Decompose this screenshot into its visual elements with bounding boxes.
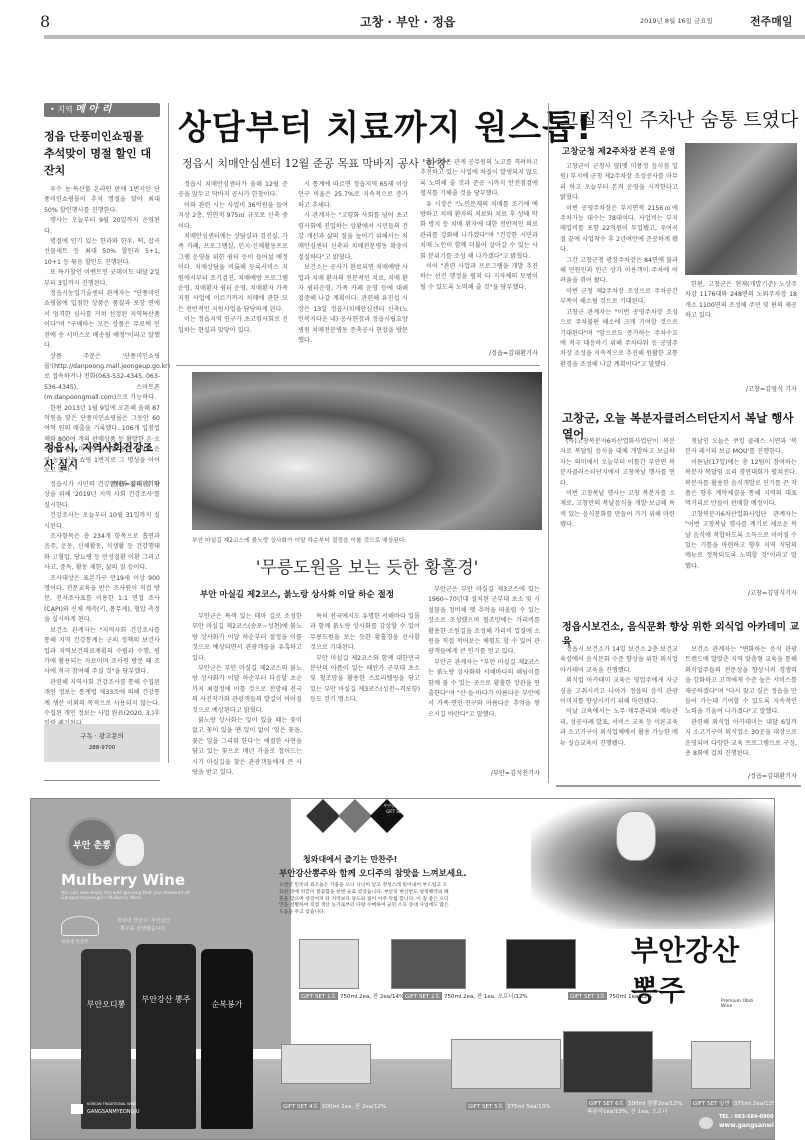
company-emblem-icon — [699, 1117, 713, 1129]
headline-mulberry-path: '무릉도원을 보는 듯한 황홀경' — [192, 553, 542, 578]
bottle-bokbunja: 순복봉가 — [201, 949, 253, 1129]
tag-label: 메 아 리 — [75, 104, 111, 115]
gift-box-general — [691, 1041, 751, 1089]
article-title-line2: 추석맞이 명절 할인 대잔치 — [44, 145, 160, 179]
byline: /부안=김석진기자 — [428, 768, 540, 777]
subscription-contact-box: 구독 · 광고문의 288-9700 — [44, 724, 160, 762]
flower-photo — [192, 372, 542, 530]
ad-wine-tagline: You can now enjoy the wild ginseng that … — [61, 891, 231, 901]
byline: /정읍=김대환기자 — [685, 771, 797, 780]
gift-set-label: GIFT SET 1호750ml 2ea, 잔 2ea/14% — [299, 992, 404, 1000]
contact-phone: 288-9700 — [44, 745, 160, 751]
gift-set-label: GIFT SET 6호500ml 참뽕2ea/12%, 복분자1ea/13%, … — [587, 1099, 687, 1115]
subhead-parking: 고창군청 제2주차장 본격 운영 — [562, 145, 675, 157]
ad-headline-1: 청와대에서 즐기는 만찬주! — [303, 854, 397, 865]
mulberry-diamond-icon — [338, 799, 372, 833]
article-body-col2: 특히 전국에서도 유명한 서해바다 일몰과 함께 붉노랑 상사화를 감상할 수 … — [310, 612, 420, 777]
mascot-icon — [116, 834, 144, 866]
mascot-icon — [616, 811, 656, 861]
article-body-col2: 한편, 고창군은 현재(개발기준) 노상주차장 1176대와 248면의 노외주… — [685, 280, 797, 375]
cheongwadae-label: 청와대 만찬주 — [61, 939, 89, 945]
gift-set-badge: 부안강산뽕주 GIFT SET — [379, 803, 411, 814]
company-name: GANGSANMYEONGJU — [87, 1109, 140, 1115]
article-title: 정읍시, 지역사회건강조사 실시 — [44, 440, 160, 474]
article-title: 정읍 단풍미인쇼핑몰 — [44, 128, 160, 145]
subhead-mulberry-path: 부안 마실길 제2코스, 붉노랑 상사화 이달 하순 절정 — [200, 588, 394, 600]
gift-box-6 — [563, 1031, 653, 1093]
byline: /고창=김영식기자 — [685, 588, 797, 597]
mulberry-wine-advertisement[interactable]: 부안 춘뽕 Mulberry Wine You can now enjoy th… — [30, 798, 775, 1140]
article-body-col1: 정읍시 보건소가 14일 보건소 2층 보건교육실에서 음식문화 수준 향상을 … — [560, 645, 678, 780]
tag-prefix: 지역 — [57, 105, 72, 114]
section-title: 고창 · 부안 · 정읍 — [360, 13, 455, 30]
article-separator — [176, 365, 540, 366]
column-divider — [548, 103, 549, 783]
gift-box-4 — [281, 1044, 371, 1084]
article-body-col3: 부안군은 부안 마실길 제3코스에 있는 1960~70년대 설치된 군부대 초… — [428, 585, 540, 775]
gift-box-1 — [299, 939, 359, 989]
article-body-col1: (사)고창복분자6차산업화사업단이 복분자로 복달임 음식을 대체 개발하고 보… — [560, 437, 675, 577]
ad-body-text: 오천년 민족의 죄조높은 기품을 오디 넉넉히 넣고 정성스레 빚어내어 부드럽… — [279, 883, 449, 917]
ad-phone: TEL : 063-584-0900 — [719, 1114, 773, 1120]
article-body-col2: 보건소 관계자는 "변화하는 음식 관광 트렌드에 발맞춘 지역 맞춤형 교육을… — [685, 645, 797, 770]
ad-headline-2: 부안강산뽕주와 함께 오디주의 참맛을 느껴보세요. — [279, 867, 467, 879]
issue-date: 2019년 8월 16일 금요일 — [640, 16, 713, 25]
gift-set-label: GIFT SET 4호500ml 2ea, 잔 2ea/12% — [281, 1102, 386, 1110]
paper-name: 전주매일 — [750, 13, 793, 29]
article-body: 우수 농·특산물 온라인 판매 1번지인 단풍미인쇼핑몰이 추석 명절을 맞아 … — [44, 185, 160, 476]
headline-dementia-center: 상담부터 치료까지 원스톱! — [178, 100, 592, 149]
brand-badge: 부안 춘뽕 — [66, 817, 118, 869]
contact-title: 구독 · 광고문의 — [44, 731, 160, 740]
gift-set-label: GIFT SET 일반375ml 2ea/13% — [691, 1099, 775, 1107]
header-rule — [44, 35, 805, 39]
ad-website[interactable]: www.gangsanwine.com — [719, 1122, 775, 1129]
gift-box-2 — [391, 939, 466, 989]
gift-set-label: GIFT SET 5호375ml 5ea/13% — [466, 1102, 550, 1110]
brand-calligraphy: 부안강산 뽕주 — [631, 929, 774, 1009]
blue-house-icon — [61, 916, 99, 936]
column-bottom-rule — [44, 780, 160, 781]
subhead-dementia-center: 정읍시 치매안심센터 12월 준공 목표 막바지 공사 '한창' — [182, 155, 450, 171]
article-body-col2: 첫날인 오늘은 쿠킹 클래스 시연과 '복분자 레시피 보급 MOU'를 진행한… — [685, 437, 797, 577]
company-small-label: KOREAN TRADITIONAL WINE — [87, 1102, 137, 1106]
article-body-col1: 부안군은 특색 있는 테마 길로 조성한 부안 마실길 제2코스(송포~성천)에… — [192, 612, 302, 777]
mulberry-diamond-icon — [306, 799, 340, 833]
ad-wine-title: Mulberry Wine — [61, 871, 185, 889]
bottle-budan-gangsan: 부안강산 뽕주 — [136, 944, 196, 1129]
gift-set-label: GIFT SET 2호750ml 2ea, 잔 1ea, 오프너/12% — [403, 992, 528, 1000]
gift-set-label: GIFT SET 3호750ml 1ea/12% — [568, 992, 652, 1000]
headline-restaurant-academy: 정읍시보건소, 음식문화 향상 위한 외식업 아카데미 교육 — [562, 618, 805, 648]
headline-parking: 고질적인 주차난 숨통 트였다 — [560, 105, 798, 132]
gift-box-5 — [451, 1039, 561, 1089]
article-health-survey: 정읍시, 지역사회건강조사 실시 정읍시가 시민의 건강행태와 삶의 질 향상을… — [44, 440, 160, 742]
article-body: 정읍시가 시민의 건강행태와 삶의 질 향상을 위해 '2019년 지역 사회 … — [44, 480, 160, 730]
gift-box-3 — [506, 939, 576, 989]
tag-bullet-icon: • — [50, 105, 55, 114]
byline: /정읍=김대환기자 — [420, 348, 538, 357]
article-body-col1: 정읍시 치매안심센터가 올해 12월 준공을 앞두고 막바지 공사가 한창이다.… — [178, 180, 288, 365]
parking-lot-photo — [685, 143, 797, 275]
byline: /고창=김영식 기자 — [685, 384, 797, 393]
premium-label: Premium Obdi Wine — [721, 999, 761, 1009]
page-number: 8 — [40, 12, 50, 31]
photo-caption: 부안 마실길 제2코스에 붉노랑 상사화가 이달 하순부터 절정을 이룰 것으로… — [192, 535, 406, 544]
article-body-col3: 유 시장은 관계 공무원의 노고를 격려하고 추진하고 있는 사업에 차질이 발… — [420, 158, 538, 358]
cheongwadae-text: 청와대 만찬주! 부안강산뽕주를 선택했습니다. — [116, 917, 171, 933]
column-bottom-rule — [556, 785, 801, 787]
section-tag: • 지역 메 아 리 — [44, 103, 160, 117]
column-divider — [168, 103, 169, 763]
article-danpoong: 정읍 단풍미인쇼핑몰 추석맞이 명절 할인 대잔치 우수 농·특산물 온라인 판… — [44, 128, 160, 488]
article-body-col2: 시 통계에 따르면 정읍지역 65세 이상 인구 비율은 25.7%로 지속적으… — [298, 180, 408, 365]
article-body-col1: 고창군이 군청사 옆(옛 미풍정 음식점 일원) 부지에 군청 제2주차장 조성… — [560, 162, 678, 377]
company-logo-icon — [71, 1104, 83, 1114]
